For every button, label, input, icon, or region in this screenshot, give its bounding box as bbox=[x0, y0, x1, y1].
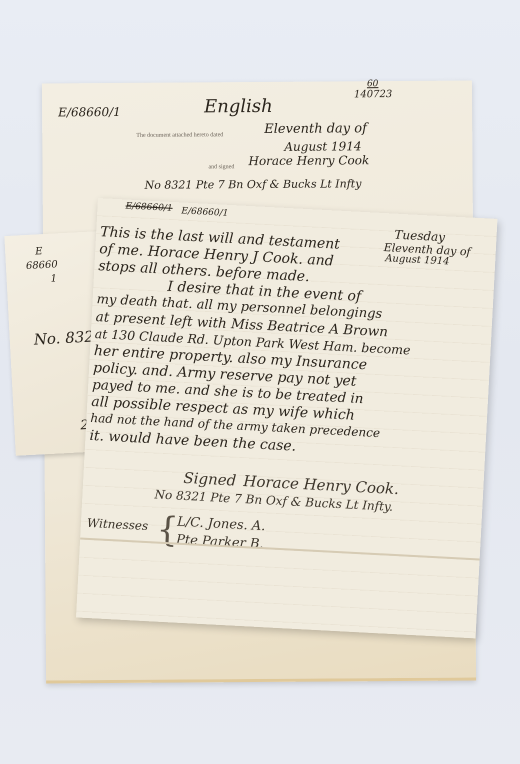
certificate-ref-left: E/68660/1 bbox=[58, 105, 121, 119]
certificate-language: English bbox=[204, 96, 273, 117]
signed-label: and signed bbox=[208, 164, 234, 170]
will-ref-b: E/68660/1 bbox=[181, 206, 228, 218]
will-date-line2: August 1914 bbox=[385, 253, 450, 267]
certificate-ref-right-top: 60 bbox=[367, 79, 379, 89]
certificate-ref-right-bottom: 140723 bbox=[354, 89, 392, 100]
witness-brace: { bbox=[156, 510, 180, 551]
witness-2: Pte Parker B. bbox=[176, 533, 264, 553]
slip-ref-mid: 68660 bbox=[26, 259, 58, 272]
witness-1: L/C. Jones. A. bbox=[177, 515, 266, 535]
will-ref-a: E/68660/1 bbox=[125, 201, 172, 213]
will-letter: E/68660/1 E/68660/1 Tuesday Eleventh day… bbox=[76, 198, 497, 638]
dated-value-line1: Eleventh day of bbox=[264, 121, 367, 137]
witness-label: Witnesses bbox=[87, 516, 149, 533]
slip-ref-top: E bbox=[35, 246, 43, 257]
service-line: No 8321 Pte 7 Bn Oxf & Bucks Lt Infty bbox=[145, 177, 362, 192]
slip-ref-bottom: 1 bbox=[50, 273, 57, 284]
dated-value-line2: August 1914 bbox=[284, 139, 361, 154]
dated-label: The document attached hereto dated bbox=[136, 132, 223, 139]
signed-value: Horace Henry Cook bbox=[248, 153, 369, 168]
signature-label: Signed bbox=[183, 469, 237, 490]
